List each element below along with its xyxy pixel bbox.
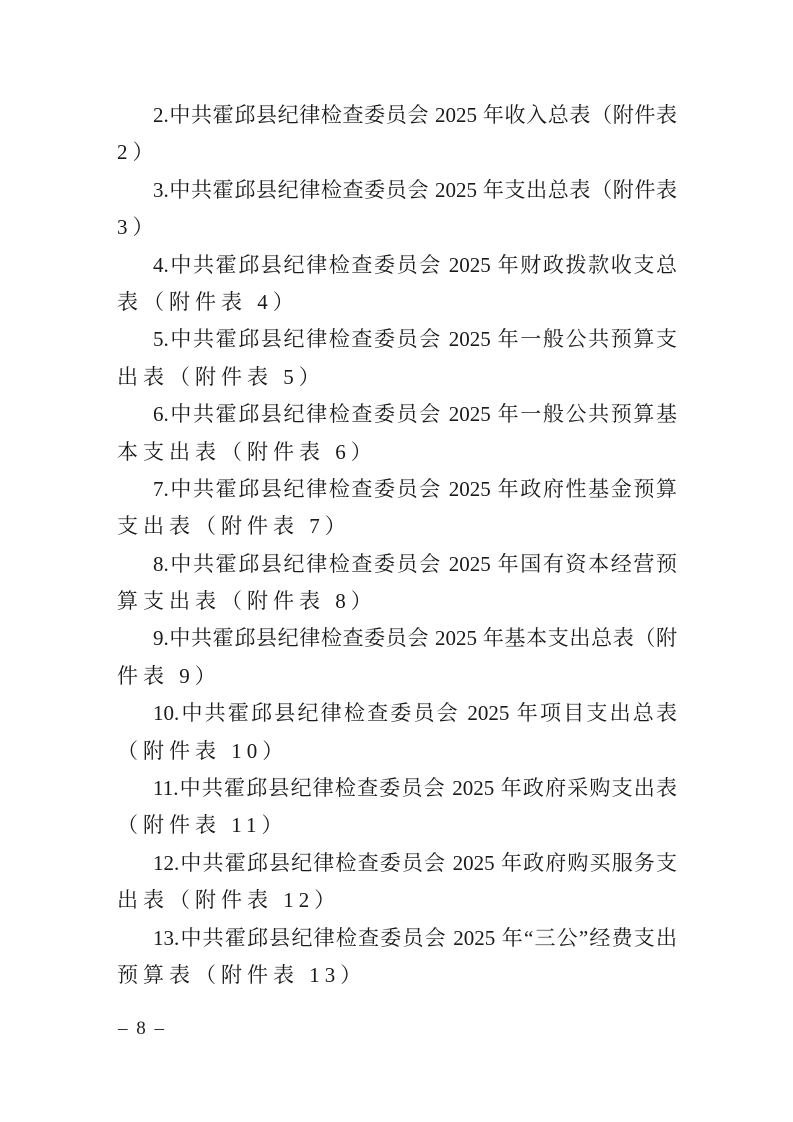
list-item-2-line-1: 2.中共霍邱县纪律检查委员会 2025 年收入总表（附件表 — [117, 97, 677, 134]
list-item-7-line-2: 支出表（附件表 7） — [117, 508, 677, 545]
list-item-3-line-1: 3.中共霍邱县纪律检查委员会 2025 年支出总表（附件表 — [117, 172, 677, 209]
page-number: – 8 – — [118, 1016, 164, 1042]
list-item-7: 7.中共霍邱县纪律检查委员会 2025 年政府性基金预算 支出表（附件表 7） — [117, 471, 677, 546]
list-item-8-line-2: 算支出表（附件表 8） — [117, 583, 677, 620]
list-item-8-line-1: 8.中共霍邱县纪律检查委员会 2025 年国有资本经营预 — [117, 546, 677, 583]
list-item-5: 5.中共霍邱县纪律检查委员会 2025 年一般公共预算支 出表（附件表 5） — [117, 321, 677, 396]
list-item-12-line-1: 12.中共霍邱县纪律检查委员会 2025 年政府购买服务支 — [117, 845, 677, 882]
list-item-13-line-1: 13.中共霍邱县纪律检查委员会 2025 年“三公”经费支出 — [117, 920, 677, 957]
list-item-13-line-2: 预算表（附件表 13） — [117, 957, 677, 994]
list-item-11: 11.中共霍邱县纪律检查委员会 2025 年政府采购支出表 （附件表 11） — [117, 770, 677, 845]
list-item-11-line-2: （附件表 11） — [117, 807, 677, 844]
list-item-7-line-1: 7.中共霍邱县纪律检查委员会 2025 年政府性基金预算 — [117, 471, 677, 508]
list-item-2: 2.中共霍邱县纪律检查委员会 2025 年收入总表（附件表 2） — [117, 97, 677, 172]
list-item-9: 9.中共霍邱县纪律检查委员会 2025 年基本支出总表（附 件表 9） — [117, 620, 677, 695]
list-item-9-line-1: 9.中共霍邱县纪律检查委员会 2025 年基本支出总表（附 — [117, 620, 677, 657]
list-item-2-line-2: 2） — [117, 134, 677, 171]
list-item-6-line-1: 6.中共霍邱县纪律检查委员会 2025 年一般公共预算基 — [117, 396, 677, 433]
list-item-4-line-1: 4.中共霍邱县纪律检查委员会 2025 年财政拨款收支总 — [117, 247, 677, 284]
list-item-3-line-2: 3） — [117, 209, 677, 246]
list-item-12: 12.中共霍邱县纪律检查委员会 2025 年政府购买服务支 出表（附件表 12） — [117, 845, 677, 920]
list-item-4-line-2: 表（附件表 4） — [117, 284, 677, 321]
list-item-11-line-1: 11.中共霍邱县纪律检查委员会 2025 年政府采购支出表 — [117, 770, 677, 807]
list-item-6-line-2: 本支出表（附件表 6） — [117, 434, 677, 471]
list-item-10: 10.中共霍邱县纪律检查委员会 2025 年项目支出总表 （附件表 10） — [117, 695, 677, 770]
list-item-6: 6.中共霍邱县纪律检查委员会 2025 年一般公共预算基 本支出表（附件表 6） — [117, 396, 677, 471]
list-item-9-line-2: 件表 9） — [117, 658, 677, 695]
list-item-12-line-2: 出表（附件表 12） — [117, 882, 677, 919]
document-body: 2.中共霍邱县纪律检查委员会 2025 年收入总表（附件表 2） 3.中共霍邱县… — [117, 97, 677, 994]
list-item-5-line-2: 出表（附件表 5） — [117, 359, 677, 396]
list-item-3: 3.中共霍邱县纪律检查委员会 2025 年支出总表（附件表 3） — [117, 172, 677, 247]
list-item-8: 8.中共霍邱县纪律检查委员会 2025 年国有资本经营预 算支出表（附件表 8） — [117, 546, 677, 621]
list-item-10-line-2: （附件表 10） — [117, 733, 677, 770]
list-item-5-line-1: 5.中共霍邱县纪律检查委员会 2025 年一般公共预算支 — [117, 321, 677, 358]
list-item-13: 13.中共霍邱县纪律检查委员会 2025 年“三公”经费支出 预算表（附件表 1… — [117, 920, 677, 995]
list-item-10-line-1: 10.中共霍邱县纪律检查委员会 2025 年项目支出总表 — [117, 695, 677, 732]
document-page: 2.中共霍邱县纪律检查委员会 2025 年收入总表（附件表 2） 3.中共霍邱县… — [0, 0, 793, 1122]
list-item-4: 4.中共霍邱县纪律检查委员会 2025 年财政拨款收支总 表（附件表 4） — [117, 247, 677, 322]
